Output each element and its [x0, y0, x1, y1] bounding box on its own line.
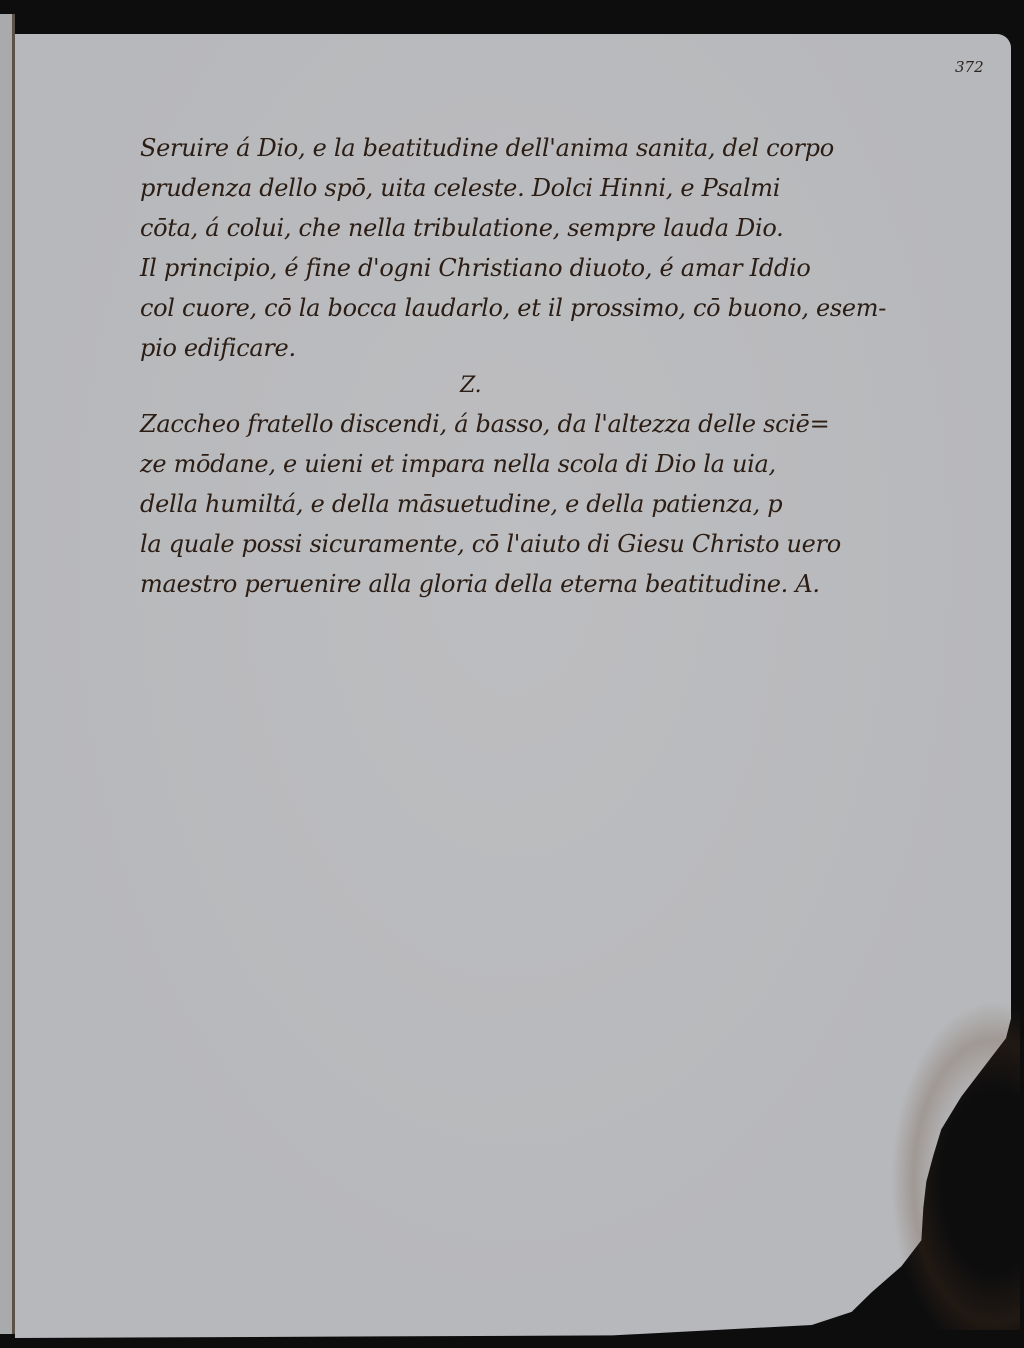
text-line: Il principio, é fine d'ogni Christiano d…: [140, 248, 940, 288]
text-line: prudenza dello spō, uita celeste. Dolci …: [140, 168, 940, 208]
folio-number: 372: [955, 58, 984, 76]
text-line-content: cōta, á colui, che nella tribulatione, s…: [140, 214, 783, 242]
bleed-through-text: [150, 630, 940, 682]
text-line: pio edificare.: [140, 328, 940, 368]
text-line: Seruire á Dio, e la beatitudine dell'ani…: [140, 128, 940, 168]
text-line: ze mōdane, e uieni et impara nella scola…: [140, 444, 940, 484]
facing-page-edge: [0, 14, 15, 1334]
section-heading-letter: Z.: [140, 368, 940, 404]
text-line: col cuore, cō la bocca laudarlo, et il p…: [140, 288, 940, 328]
text-line: della humiltá, e della māsuetudine, e de…: [140, 484, 940, 524]
paragraph-1: Seruire á Dio, e la beatitudine dell'ani…: [140, 128, 940, 368]
text-line: la quale possi sicuramente, cō l'aiuto d…: [140, 524, 940, 564]
text-line: maestro peruenire alla gloria della eter…: [140, 564, 940, 604]
paragraph-2: Zaccheo fratello discendi, á basso, da l…: [140, 404, 940, 604]
manuscript-text: Seruire á Dio, e la beatitudine dell'ani…: [140, 128, 940, 604]
text-line: Zaccheo fratello discendi, á basso, da l…: [140, 404, 940, 444]
text-line: cōta, á colui, che nella tribulatione, s…: [140, 208, 940, 248]
